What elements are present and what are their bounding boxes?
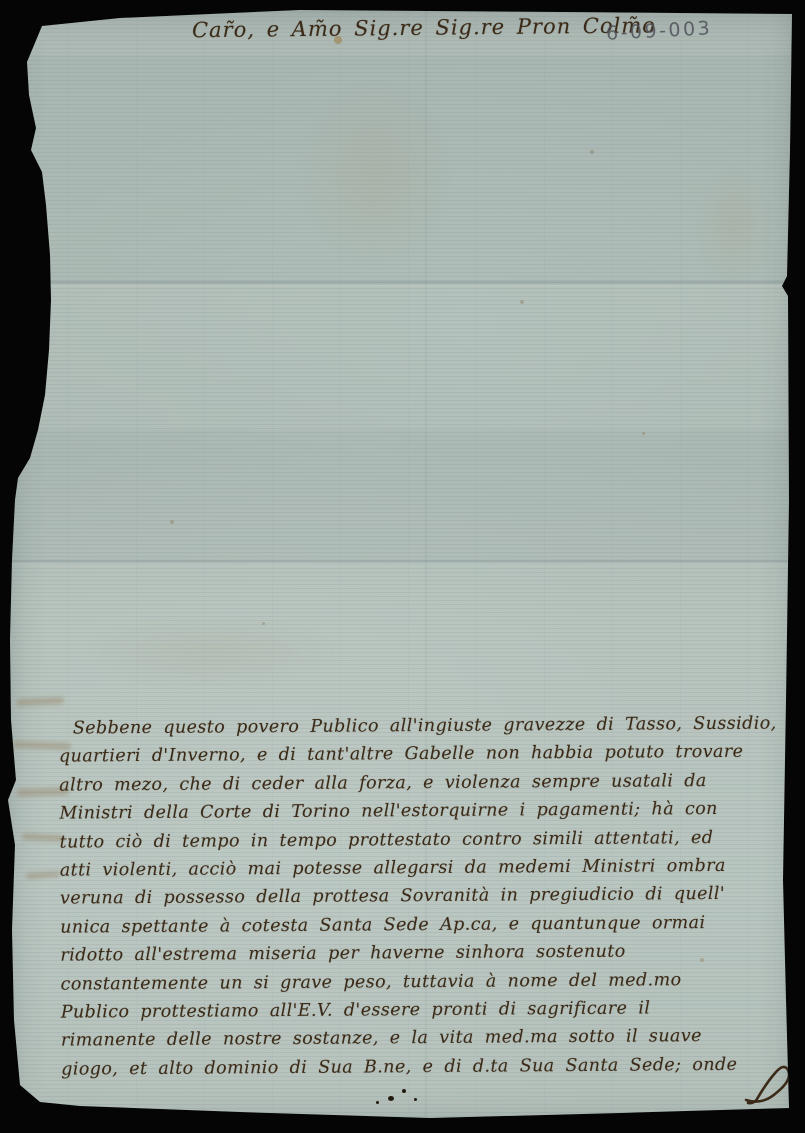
ink-dot <box>388 1096 394 1101</box>
fold-crease <box>0 280 805 287</box>
letter-line: unica spettante à cotesta Santa Sede Ap.… <box>60 908 796 942</box>
foxing-spot <box>590 150 594 154</box>
flourish-mark <box>742 1060 798 1108</box>
fold-crease <box>0 559 805 566</box>
ink-dot <box>402 1089 406 1093</box>
tone-band <box>0 55 805 283</box>
foxing-spot <box>170 520 174 524</box>
foxing-spot <box>520 300 524 304</box>
letter-line: giogo, et alto dominio di Sua B.ne, e di… <box>61 1050 797 1084</box>
salutation-line: Car̃o, e Am̃o Sig.re Sig.re Pron Colm̃o <box>192 14 612 42</box>
tone-band <box>0 430 805 562</box>
ink-dot <box>414 1098 417 1101</box>
letter-body: Sebbene questo povero Publico all'ingius… <box>59 709 798 1083</box>
letter-paper: Car̃o, e Am̃o Sig.re Sig.re Pron Colm̃o … <box>0 0 805 1133</box>
foxing-spot <box>262 622 265 625</box>
foxing-spot <box>642 432 645 435</box>
scan-background: Car̃o, e Am̃o Sig.re Sig.re Pron Colm̃o … <box>0 0 805 1133</box>
ink-dot <box>376 1101 379 1104</box>
letter-line: Ministri della Corte di Torino nell'esto… <box>59 795 795 829</box>
